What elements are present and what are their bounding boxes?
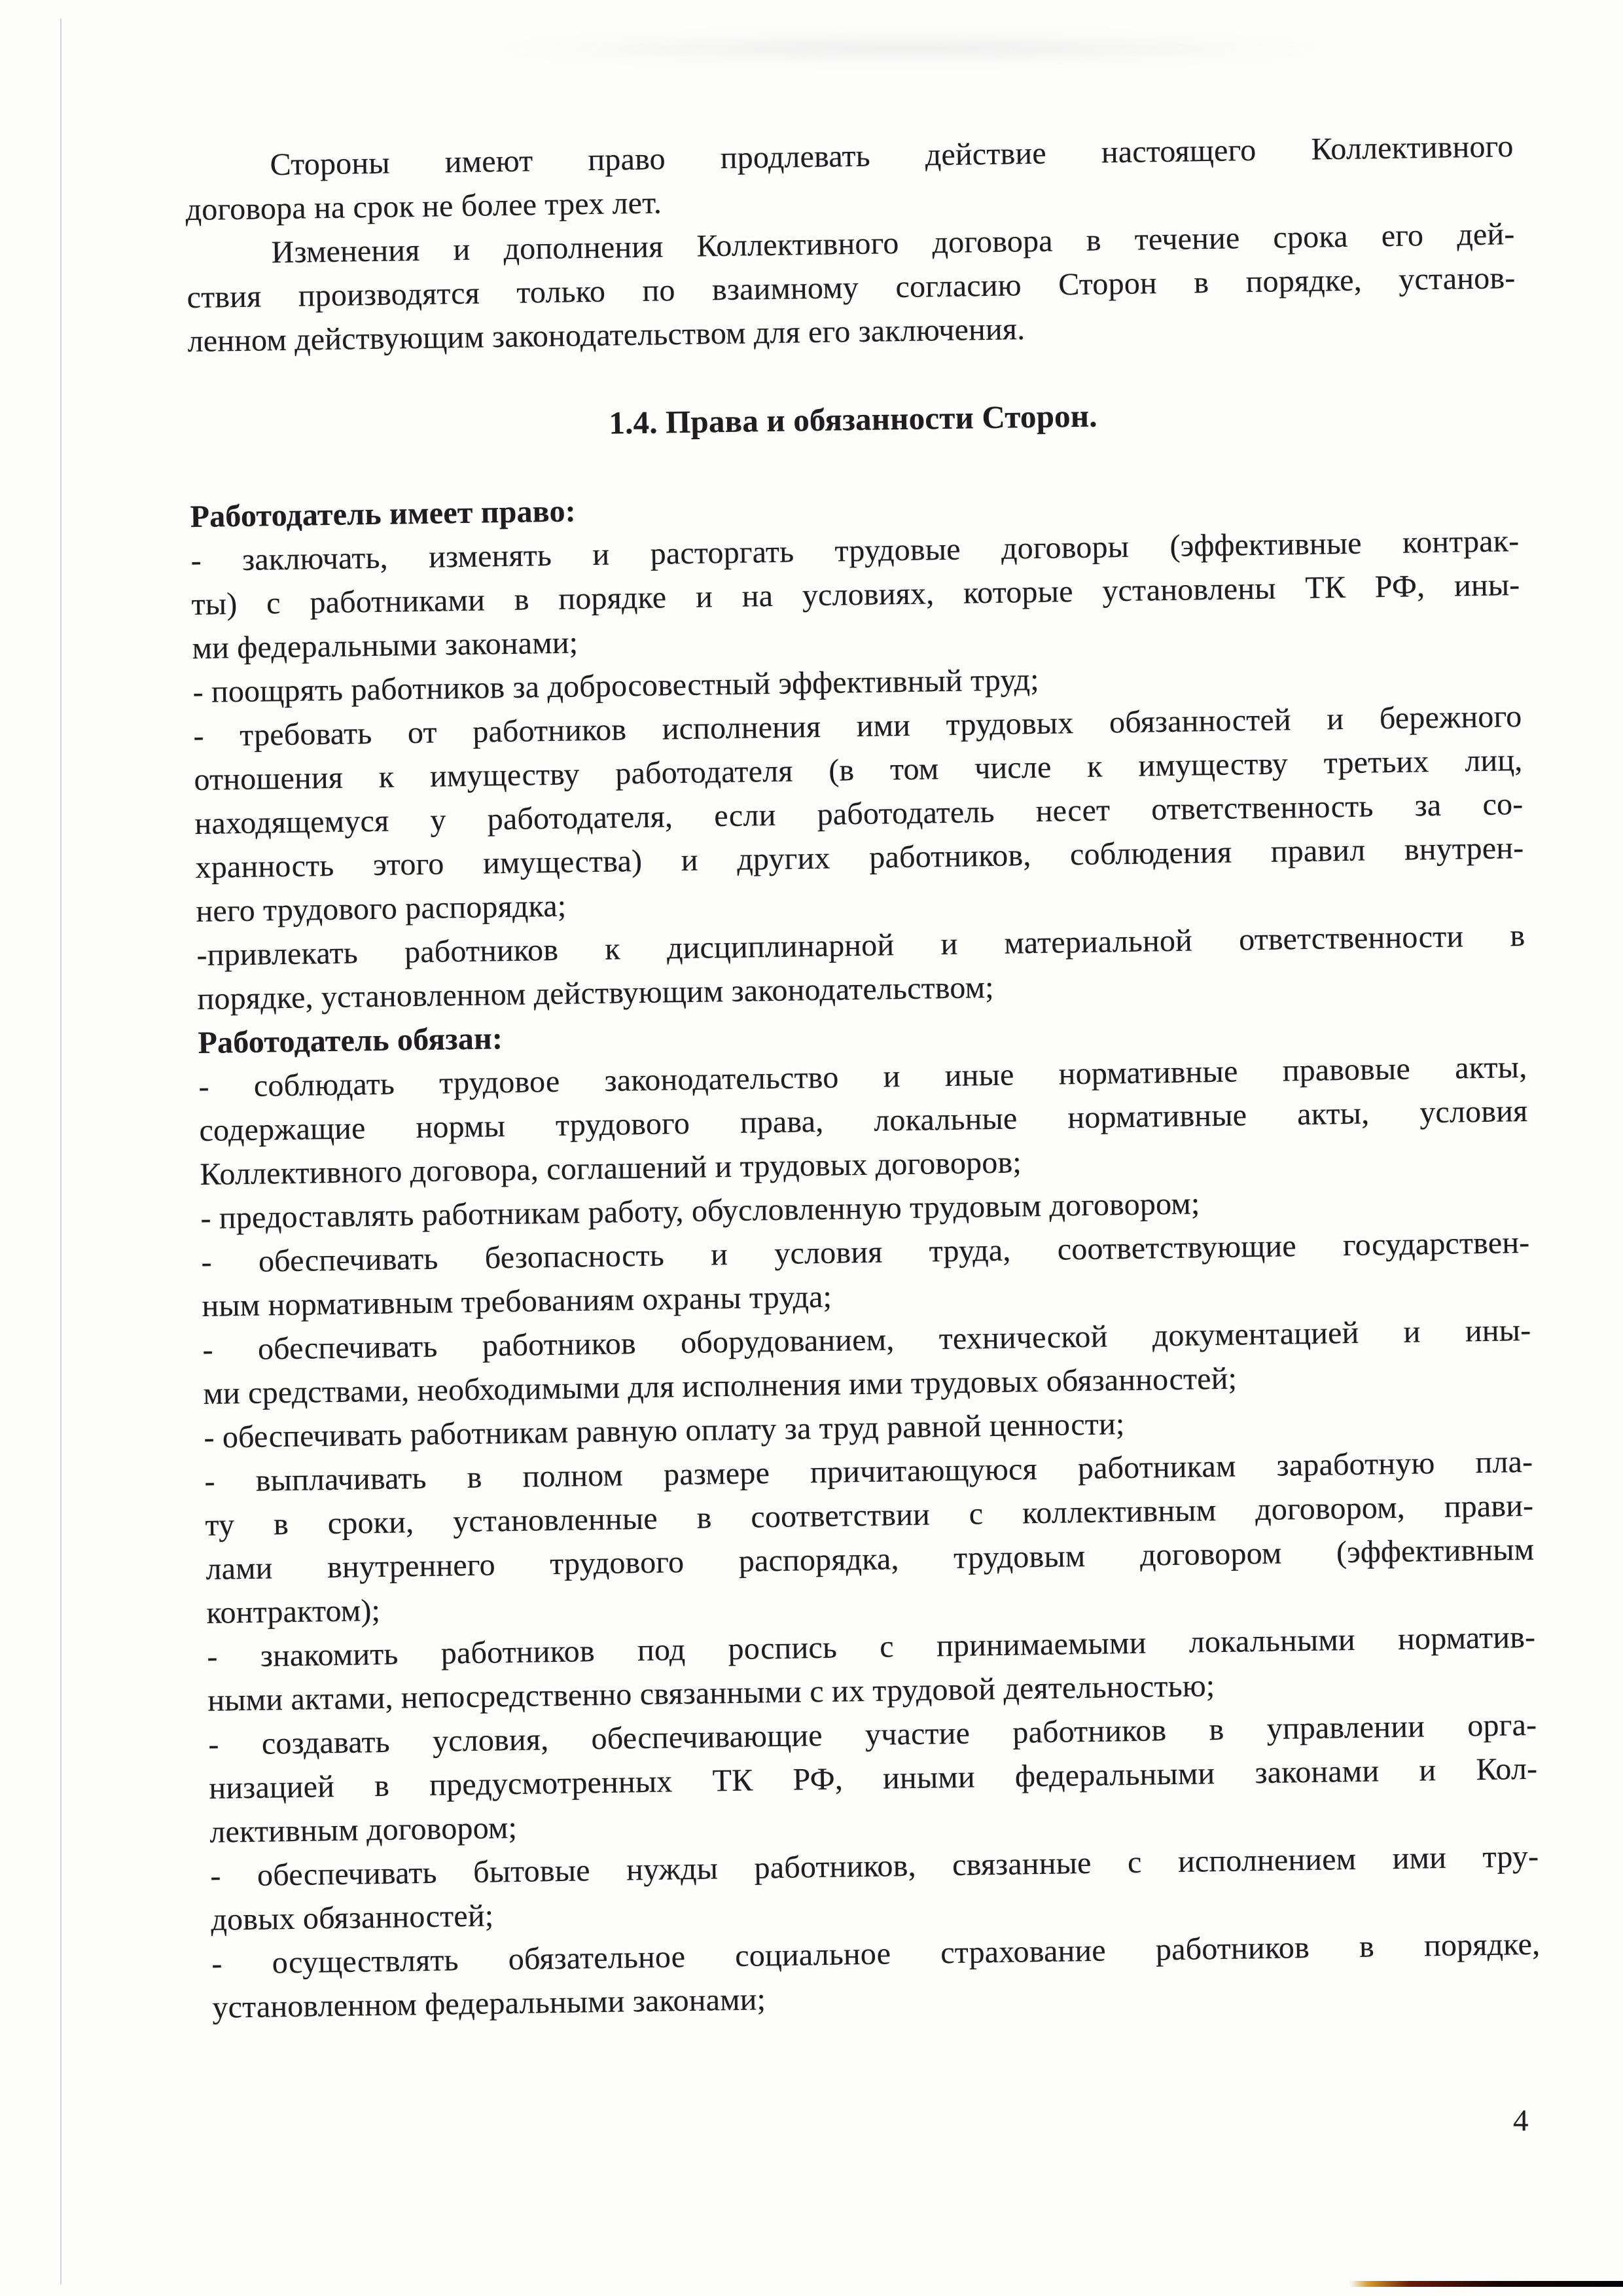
document-page: Стороны имеют право продлевать действие … [0,0,1623,2296]
text-column: Стороны имеют право продлевать действие … [185,124,1541,2030]
section-heading: 1.4. Права и обязанности Сторон. [188,387,1518,451]
text-line: 1.4. Права и обязанности Сторон. [188,387,1518,451]
page-number: 4 [1513,2102,1529,2139]
employer-duties-list: - соблюдать трудовое законодательство и … [198,1045,1541,2030]
scanner-edge-line-artifact [60,18,62,2284]
employer-rights-list: - заключать, изменять и расторгать трудо… [190,519,1526,1021]
intro-paragraph-2: Изменения и дополнения Коллективного дог… [186,212,1516,363]
scanner-bottom-streak-artifact [1349,2281,1623,2287]
page-showthrough-artifact [497,31,1322,65]
